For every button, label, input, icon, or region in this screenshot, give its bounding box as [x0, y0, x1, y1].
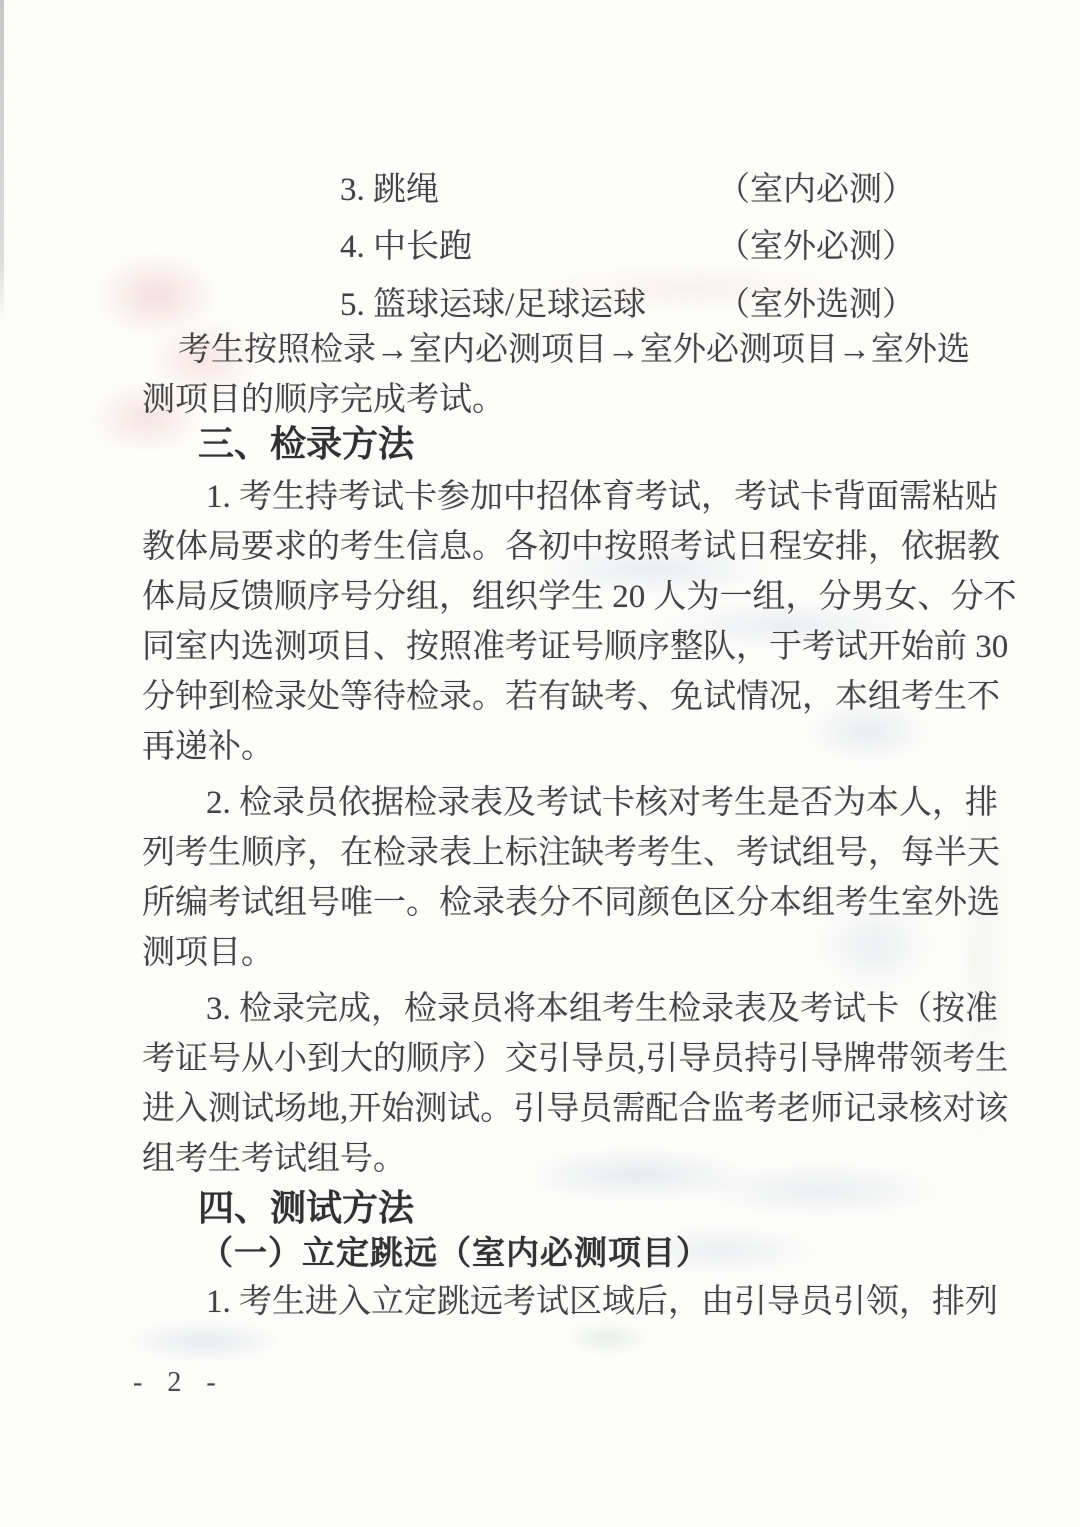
text-line: 再递补。 [142, 722, 942, 772]
section-heading-3: 三、检录方法 [142, 419, 998, 469]
text-line: 体局反馈顺序号分组，组织学生 20 人为一组，分男女、分不 [142, 572, 942, 622]
list-item: 3. 跳绳 （室内必测） [142, 162, 942, 219]
sub-heading-standing-long-jump: （一）立定跳远（室内必测项目） [142, 1230, 1000, 1278]
scan-edge-shadow [0, 0, 4, 322]
text-line: 考生按照检录→室内必测项目→室外必测项目→室外选 [142, 325, 942, 375]
text-line: 同室内选测项目、按照准考证号顺序整队，于考试开始前 30 [142, 622, 942, 672]
list-item-tag: （室外必测） [717, 219, 915, 276]
document-page: 3. 跳绳 （室内必测） 4. 中长跑 （室外必测） 5. 篮球运球/足球运球 … [0, 0, 1080, 1527]
test-item-list: 3. 跳绳 （室内必测） 4. 中长跑 （室外必测） 5. 篮球运球/足球运球 … [142, 162, 942, 334]
text-line: 1. 考生持考试卡参加中招体育考试，考试卡背面需粘贴 [142, 472, 942, 522]
text-line: 测项目的顺序完成考试。 [142, 375, 942, 425]
paragraph-check-in-1: 1. 考生持考试卡参加中招体育考试，考试卡背面需粘贴 教体局要求的考生信息。各初… [142, 472, 942, 772]
text-line: 2. 检录员依据检录表及考试卡核对考生是否为本人，排 [142, 778, 942, 828]
section-heading-4: 四、测试方法 [142, 1183, 998, 1233]
list-item-label: 3. 跳绳 [340, 162, 439, 219]
paragraph-check-in-3: 3. 检录完成，检录员将本组考生检录表及考试卡（按准 考证号从小到大的顺序）交引… [142, 984, 942, 1184]
intro-paragraph: 考生按照检录→室内必测项目→室外必测项目→室外选 测项目的顺序完成考试。 [142, 325, 942, 425]
paragraph-check-in-2: 2. 检录员依据检录表及考试卡核对考生是否为本人，排 列考生顺序，在检录表上标注… [142, 778, 942, 978]
text-line: 测项目。 [142, 928, 942, 978]
text-line: 列考生顺序，在检录表上标注缺考考生、考试组号，每半天 [142, 828, 942, 878]
paragraph-test-method-1: 1. 考生进入立定跳远考试区域后，由引导员引领，排列 [142, 1277, 942, 1327]
text-line: 考证号从小到大的顺序）交引导员,引导员持引导牌带领考生 [142, 1034, 942, 1084]
text-line: 分钟到检录处等待检录。若有缺考、免试情况，本组考生不 [142, 672, 942, 722]
text-line: 所编考试组号唯一。检录表分不同颜色区分本组考生室外选 [142, 878, 942, 928]
list-item: 4. 中长跑 （室外必测） [142, 219, 942, 276]
list-item-tag: （室内必测） [717, 162, 915, 219]
list-item-label: 4. 中长跑 [340, 219, 472, 276]
page-number: - 2 - [133, 1366, 225, 1400]
text-line: 1. 考生进入立定跳远考试区域后，由引导员引领，排列 [142, 1277, 942, 1327]
text-line: 组考生考试组号。 [142, 1134, 942, 1184]
text-line: 教体局要求的考生信息。各初中按照考试日程安排，依据教 [142, 522, 942, 572]
text-line: 3. 检录完成，检录员将本组考生检录表及考试卡（按准 [142, 984, 942, 1034]
text-line: 进入测试场地,开始测试。引导员需配合监考老师记录核对该 [142, 1084, 942, 1134]
